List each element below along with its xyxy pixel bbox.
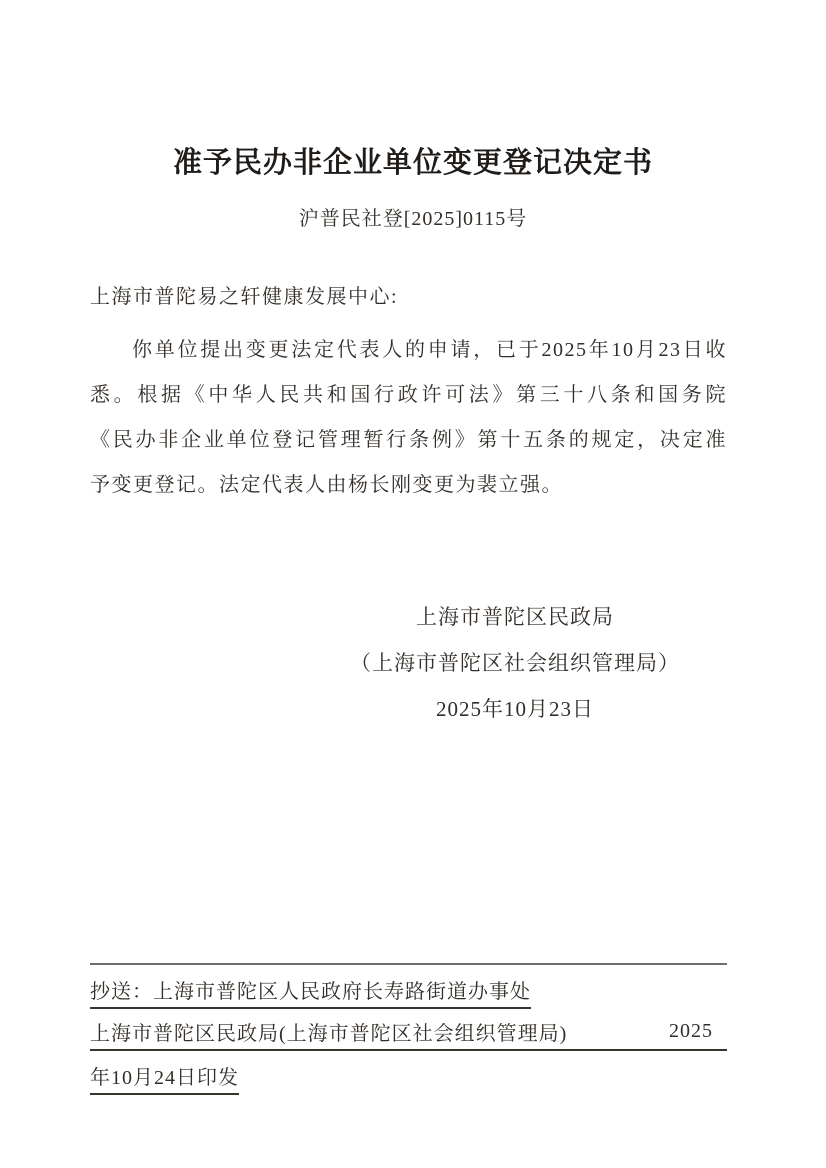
body-line-1: 你单位提出变更法定代表人的申请，已于2025年10月23日收 [90, 328, 727, 373]
document-title: 准予民办非企业单位变更登记决定书 [0, 140, 826, 181]
footer-block: 抄送：上海市普陀区人民政府长寿路街道办事处 上海市普陀区民政局(上海市普陀区社会… [90, 963, 727, 1099]
body-line-2: 悉。根据《中华人民共和国行政许可法》第三十八条和国务院 [90, 373, 727, 418]
issuer-line: 上海市普陀区民政局(上海市普陀区社会组织管理局) [90, 1017, 567, 1046]
document-number: 沪普民社登[2025]0115号 [0, 202, 826, 231]
issuer-line-row: 上海市普陀区民政局(上海市普陀区社会组织管理局) 2025 [90, 1013, 727, 1051]
signature-block: 上海市普陀区民政局 （上海市普陀区社会组织管理局） 2025年10月23日 [205, 594, 825, 732]
cc-line: 抄送：上海市普陀区人民政府长寿路街道办事处 [90, 975, 531, 1009]
print-date-row: 年10月24日印发 [90, 1057, 727, 1099]
issuing-authority-alias: （上海市普陀区社会组织管理局） [205, 640, 825, 686]
issue-year: 2025 [669, 1020, 713, 1043]
recipient-name: 上海市普陀易之轩健康发展中心: [90, 275, 727, 320]
document-page: 准予民办非企业单位变更登记决定书 沪普民社登[2025]0115号 上海市普陀易… [0, 0, 826, 1168]
body-line-4: 予变更登记。法定代表人由杨长刚变更为裴立强。 [90, 463, 727, 508]
document-body: 上海市普陀易之轩健康发展中心: 你单位提出变更法定代表人的申请，已于2025年1… [90, 275, 727, 508]
issuing-authority: 上海市普陀区民政局 [205, 594, 825, 640]
decision-date: 2025年10月23日 [205, 686, 825, 732]
print-date-line: 年10月24日印发 [90, 1061, 239, 1095]
cc-line-row: 抄送：上海市普陀区人民政府长寿路街道办事处 [90, 971, 727, 1013]
body-line-3: 《民办非企业单位登记管理暂行条例》第十五条的规定，决定准 [90, 418, 727, 463]
